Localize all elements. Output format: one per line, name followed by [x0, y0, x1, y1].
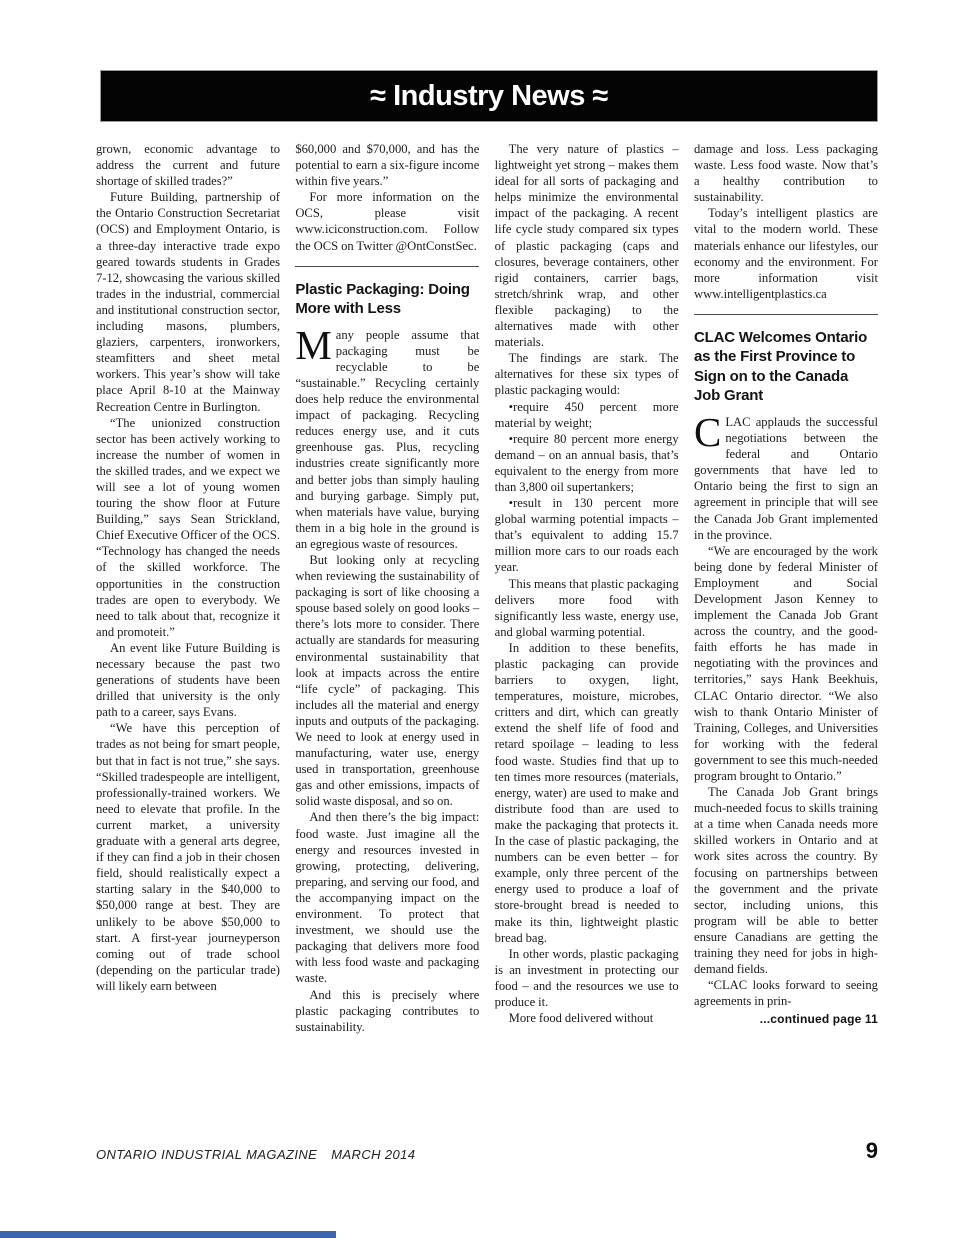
footer-magazine-line: ONTARIO INDUSTRIAL MAGAZINEMARCH 2014	[96, 1147, 415, 1162]
bottom-accent-bar	[0, 1231, 336, 1238]
column-2: $60,000 and $70,000, and has the potenti…	[295, 141, 479, 1143]
drop-cap: M	[295, 327, 335, 361]
body-paragraph: This means that plastic packaging delive…	[495, 576, 679, 640]
section-divider	[295, 266, 479, 267]
article-heading: CLAC Welcomes Ontario as the First Provi…	[694, 328, 878, 406]
body-paragraph: •require 450 percent more material by we…	[495, 399, 679, 431]
column-4: damage and loss. Less packaging waste. L…	[694, 141, 878, 1143]
body-paragraph: •result in 130 percent more global warmi…	[495, 495, 679, 575]
body-paragraph: damage and loss. Less packaging waste. L…	[694, 141, 878, 205]
body-paragraph: In addition to these benefits, plastic p…	[495, 640, 679, 946]
column-3: The very nature of plastics – lightweigh…	[495, 141, 679, 1143]
body-paragraph: Future Building, partnership of the Onta…	[96, 189, 280, 414]
body-paragraph: •require 80 percent more energy demand –…	[495, 431, 679, 495]
body-paragraph: Today’s intelligent plastics are vital t…	[694, 205, 878, 302]
body-paragraph: For more information on the OCS, please …	[295, 189, 479, 253]
body-paragraph: CLAC applauds the successful negotiation…	[694, 414, 878, 543]
magazine-name: ONTARIO INDUSTRIAL MAGAZINE	[96, 1147, 317, 1162]
body-paragraph: And this is precisely where plastic pack…	[295, 987, 479, 1035]
body-paragraph: “CLAC looks forward to seeing agreements…	[694, 977, 878, 1009]
body-paragraph: And then there’s the big impact: food wa…	[295, 809, 479, 986]
body-paragraph: Many people assume that packaging must b…	[295, 327, 479, 552]
body-paragraph: grown, economic advantage to address the…	[96, 141, 280, 189]
banner-title: ≈ Industry News ≈	[370, 80, 608, 113]
section-divider	[694, 314, 878, 315]
body-paragraph: “We have this perception of trades as no…	[96, 720, 280, 994]
body-paragraph: The findings are stark. The alternatives…	[495, 350, 679, 398]
body-paragraph: An event like Future Building is necessa…	[96, 640, 280, 720]
body-paragraph: More food delivered without	[495, 1010, 679, 1026]
industry-news-banner: ≈ Industry News ≈	[100, 70, 878, 122]
body-paragraph: In other words, plastic packaging is an …	[495, 946, 679, 1010]
body-paragraph: “We are encouraged by the work being don…	[694, 543, 878, 784]
body-paragraph: The Canada Job Grant brings much-needed …	[694, 784, 878, 977]
article-columns: grown, economic advantage to address the…	[96, 141, 878, 1143]
column-1: grown, economic advantage to address the…	[96, 141, 280, 1143]
body-paragraph: $60,000 and $70,000, and has the potenti…	[295, 141, 479, 189]
body-paragraph: But looking only at recycling when revie…	[295, 552, 479, 810]
article-heading: Plastic Packaging: Doing More with Less	[295, 280, 479, 319]
body-paragraph: The very nature of plastics – lightweigh…	[495, 141, 679, 350]
issue-date: MARCH 2014	[331, 1147, 415, 1162]
continued-note: ...continued page 11	[694, 1011, 878, 1027]
body-paragraph: “The unionized construction sector has b…	[96, 415, 280, 640]
page-number: 9	[866, 1138, 878, 1164]
drop-cap: C	[694, 414, 725, 448]
